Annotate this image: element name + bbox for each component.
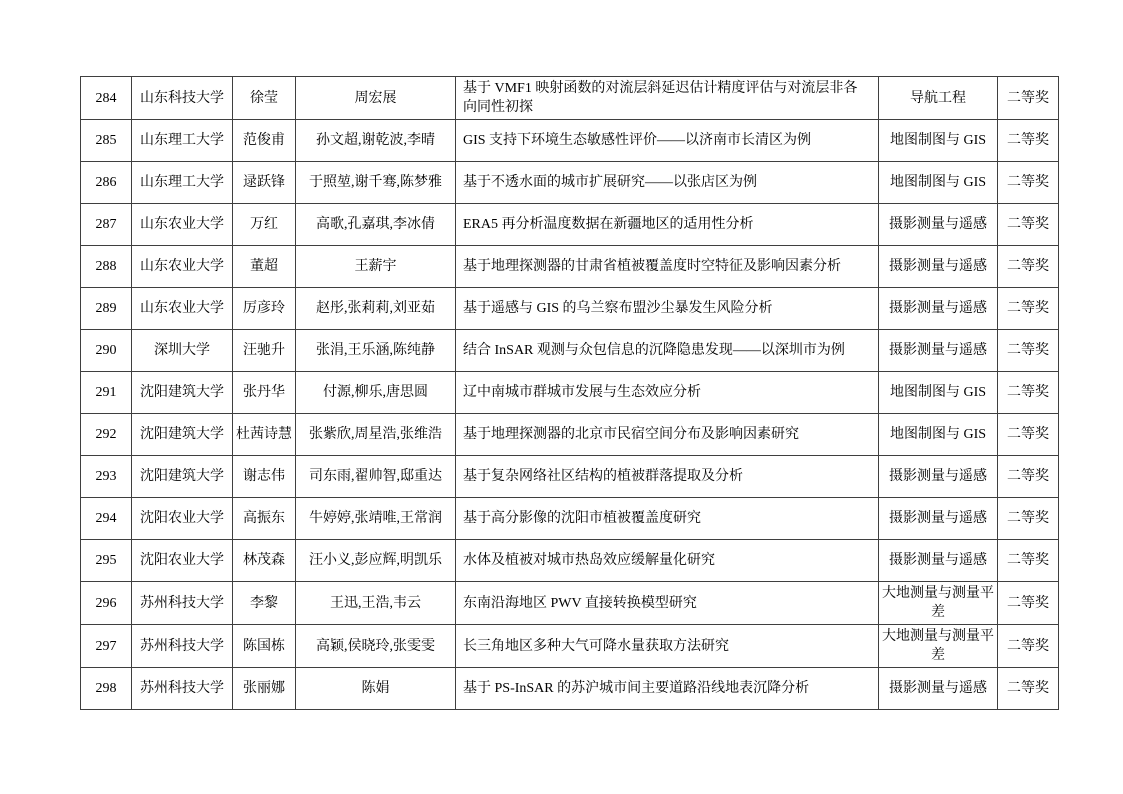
cell-project-title: 基于 PS-InSAR 的苏沪城市间主要道路沿线地表沉降分析 (456, 668, 879, 710)
cell-category: 摄影测量与遥感 (879, 668, 998, 710)
cell-university: 苏州科技大学 (132, 668, 233, 710)
cell-category: 地图制图与 GIS (879, 162, 998, 204)
cell-team-members: 付源,柳乐,唐思圆 (296, 372, 456, 414)
cell-project-title: 基于不透水面的城市扩展研究——以张店区为例 (456, 162, 879, 204)
cell-project-title: 结合 InSAR 观测与众包信息的沉降隐患发现——以深圳市为例 (456, 330, 879, 372)
cell-leader-name: 李黎 (233, 582, 296, 625)
cell-award-level: 二等奖 (998, 372, 1059, 414)
cell-index: 291 (81, 372, 132, 414)
cell-award-level: 二等奖 (998, 625, 1059, 668)
cell-category: 摄影测量与遥感 (879, 204, 998, 246)
cell-team-members: 汪小义,彭应辉,明凯乐 (296, 540, 456, 582)
cell-index: 296 (81, 582, 132, 625)
table-row: 284 山东科技大学 徐莹 周宏展 基于 VMF1 映射函数的对流层斜延迟估计精… (81, 77, 1059, 120)
cell-team-members: 高颖,侯晓玲,张雯雯 (296, 625, 456, 668)
cell-index: 294 (81, 498, 132, 540)
table-row: 295 沈阳农业大学 林茂森 汪小义,彭应辉,明凯乐 水体及植被对城市热岛效应缓… (81, 540, 1059, 582)
awards-table: 284 山东科技大学 徐莹 周宏展 基于 VMF1 映射函数的对流层斜延迟估计精… (80, 76, 1059, 710)
cell-team-members: 张紫欣,周星浩,张维浩 (296, 414, 456, 456)
table-row: 291 沈阳建筑大学 张丹华 付源,柳乐,唐思圆 辽中南城市群城市发展与生态效应… (81, 372, 1059, 414)
table-row: 285 山东理工大学 范俊甫 孙文超,谢乾波,李晴 GIS 支持下环境生态敏感性… (81, 120, 1059, 162)
cell-category: 摄影测量与遥感 (879, 288, 998, 330)
cell-university: 山东农业大学 (132, 246, 233, 288)
cell-team-members: 赵彤,张莉莉,刘亚茹 (296, 288, 456, 330)
cell-project-title: 水体及植被对城市热岛效应缓解量化研究 (456, 540, 879, 582)
cell-index: 288 (81, 246, 132, 288)
cell-category: 摄影测量与遥感 (879, 330, 998, 372)
cell-leader-name: 汪驰升 (233, 330, 296, 372)
table-row: 297 苏州科技大学 陈国栋 高颖,侯晓玲,张雯雯 长三角地区多种大气可降水量获… (81, 625, 1059, 668)
cell-category: 摄影测量与遥感 (879, 456, 998, 498)
cell-index: 290 (81, 330, 132, 372)
table-row: 286 山东理工大学 逯跃锋 于照堃,谢千骞,陈梦雅 基于不透水面的城市扩展研究… (81, 162, 1059, 204)
cell-university: 沈阳农业大学 (132, 540, 233, 582)
cell-category: 地图制图与 GIS (879, 120, 998, 162)
cell-award-level: 二等奖 (998, 77, 1059, 120)
cell-university: 苏州科技大学 (132, 625, 233, 668)
cell-award-level: 二等奖 (998, 246, 1059, 288)
cell-university: 山东理工大学 (132, 162, 233, 204)
table-row: 293 沈阳建筑大学 谢志伟 司东雨,翟帅智,邸重达 基于复杂网络社区结构的植被… (81, 456, 1059, 498)
cell-leader-name: 张丹华 (233, 372, 296, 414)
cell-index: 293 (81, 456, 132, 498)
cell-index: 289 (81, 288, 132, 330)
cell-award-level: 二等奖 (998, 498, 1059, 540)
cell-leader-name: 陈国栋 (233, 625, 296, 668)
cell-team-members: 陈娟 (296, 668, 456, 710)
cell-university: 深圳大学 (132, 330, 233, 372)
table-row: 289 山东农业大学 厉彦玲 赵彤,张莉莉,刘亚茹 基于遥感与 GIS 的乌兰察… (81, 288, 1059, 330)
cell-team-members: 于照堃,谢千骞,陈梦雅 (296, 162, 456, 204)
table-row: 290 深圳大学 汪驰升 张涓,王乐涵,陈纯静 结合 InSAR 观测与众包信息… (81, 330, 1059, 372)
cell-award-level: 二等奖 (998, 162, 1059, 204)
cell-award-level: 二等奖 (998, 582, 1059, 625)
cell-team-members: 张涓,王乐涵,陈纯静 (296, 330, 456, 372)
cell-category: 摄影测量与遥感 (879, 246, 998, 288)
cell-project-title: 东南沿海地区 PWV 直接转换模型研究 (456, 582, 879, 625)
cell-index: 285 (81, 120, 132, 162)
cell-index: 292 (81, 414, 132, 456)
cell-award-level: 二等奖 (998, 414, 1059, 456)
cell-team-members: 牛婷婷,张靖唯,王常润 (296, 498, 456, 540)
cell-category: 大地测量与测量平差 (879, 582, 998, 625)
cell-project-title: 辽中南城市群城市发展与生态效应分析 (456, 372, 879, 414)
cell-award-level: 二等奖 (998, 668, 1059, 710)
cell-category: 地图制图与 GIS (879, 372, 998, 414)
cell-award-level: 二等奖 (998, 120, 1059, 162)
document-page: 284 山东科技大学 徐莹 周宏展 基于 VMF1 映射函数的对流层斜延迟估计精… (0, 0, 1123, 794)
cell-award-level: 二等奖 (998, 204, 1059, 246)
cell-university: 山东理工大学 (132, 120, 233, 162)
cell-category: 导航工程 (879, 77, 998, 120)
cell-leader-name: 林茂森 (233, 540, 296, 582)
cell-award-level: 二等奖 (998, 456, 1059, 498)
cell-university: 山东科技大学 (132, 77, 233, 120)
table-body: 284 山东科技大学 徐莹 周宏展 基于 VMF1 映射函数的对流层斜延迟估计精… (81, 77, 1059, 710)
cell-project-title: 基于高分影像的沈阳市植被覆盖度研究 (456, 498, 879, 540)
cell-university: 山东农业大学 (132, 288, 233, 330)
cell-project-title: 基于遥感与 GIS 的乌兰察布盟沙尘暴发生风险分析 (456, 288, 879, 330)
cell-university: 山东农业大学 (132, 204, 233, 246)
cell-university: 苏州科技大学 (132, 582, 233, 625)
cell-award-level: 二等奖 (998, 330, 1059, 372)
cell-leader-name: 杜茜诗慧 (233, 414, 296, 456)
cell-leader-name: 谢志伟 (233, 456, 296, 498)
cell-category: 大地测量与测量平差 (879, 625, 998, 668)
cell-university: 沈阳建筑大学 (132, 456, 233, 498)
cell-index: 287 (81, 204, 132, 246)
table-row: 294 沈阳农业大学 高振东 牛婷婷,张靖唯,王常润 基于高分影像的沈阳市植被覆… (81, 498, 1059, 540)
cell-team-members: 孙文超,谢乾波,李晴 (296, 120, 456, 162)
table-row: 296 苏州科技大学 李黎 王迅,王浩,韦云 东南沿海地区 PWV 直接转换模型… (81, 582, 1059, 625)
cell-team-members: 司东雨,翟帅智,邸重达 (296, 456, 456, 498)
cell-team-members: 高歌,孔嘉琪,李冰倩 (296, 204, 456, 246)
table-row: 288 山东农业大学 董超 王薪宇 基于地理探测器的甘肃省植被覆盖度时空特征及影… (81, 246, 1059, 288)
table-row: 292 沈阳建筑大学 杜茜诗慧 张紫欣,周星浩,张维浩 基于地理探测器的北京市民… (81, 414, 1059, 456)
cell-award-level: 二等奖 (998, 288, 1059, 330)
cell-project-title: 基于地理探测器的甘肃省植被覆盖度时空特征及影响因素分析 (456, 246, 879, 288)
cell-index: 298 (81, 668, 132, 710)
cell-index: 295 (81, 540, 132, 582)
cell-category: 摄影测量与遥感 (879, 498, 998, 540)
cell-leader-name: 万红 (233, 204, 296, 246)
table-row: 298 苏州科技大学 张丽娜 陈娟 基于 PS-InSAR 的苏沪城市间主要道路… (81, 668, 1059, 710)
cell-leader-name: 高振东 (233, 498, 296, 540)
cell-leader-name: 董超 (233, 246, 296, 288)
cell-project-title: 基于 VMF1 映射函数的对流层斜延迟估计精度评估与对流层非各向同性初探 (456, 77, 879, 120)
cell-team-members: 周宏展 (296, 77, 456, 120)
cell-index: 286 (81, 162, 132, 204)
cell-project-title: 长三角地区多种大气可降水量获取方法研究 (456, 625, 879, 668)
cell-university: 沈阳建筑大学 (132, 372, 233, 414)
cell-leader-name: 逯跃锋 (233, 162, 296, 204)
cell-team-members: 王迅,王浩,韦云 (296, 582, 456, 625)
cell-project-title: 基于复杂网络社区结构的植被群落提取及分析 (456, 456, 879, 498)
cell-project-title: 基于地理探测器的北京市民宿空间分布及影响因素研究 (456, 414, 879, 456)
cell-leader-name: 厉彦玲 (233, 288, 296, 330)
cell-project-title: GIS 支持下环境生态敏感性评价——以济南市长清区为例 (456, 120, 879, 162)
cell-leader-name: 范俊甫 (233, 120, 296, 162)
cell-leader-name: 张丽娜 (233, 668, 296, 710)
cell-university: 沈阳农业大学 (132, 498, 233, 540)
cell-category: 地图制图与 GIS (879, 414, 998, 456)
cell-index: 297 (81, 625, 132, 668)
cell-leader-name: 徐莹 (233, 77, 296, 120)
cell-index: 284 (81, 77, 132, 120)
cell-university: 沈阳建筑大学 (132, 414, 233, 456)
cell-category: 摄影测量与遥感 (879, 540, 998, 582)
cell-team-members: 王薪宇 (296, 246, 456, 288)
cell-award-level: 二等奖 (998, 540, 1059, 582)
table-row: 287 山东农业大学 万红 高歌,孔嘉琪,李冰倩 ERA5 再分析温度数据在新疆… (81, 204, 1059, 246)
cell-project-title: ERA5 再分析温度数据在新疆地区的适用性分析 (456, 204, 879, 246)
